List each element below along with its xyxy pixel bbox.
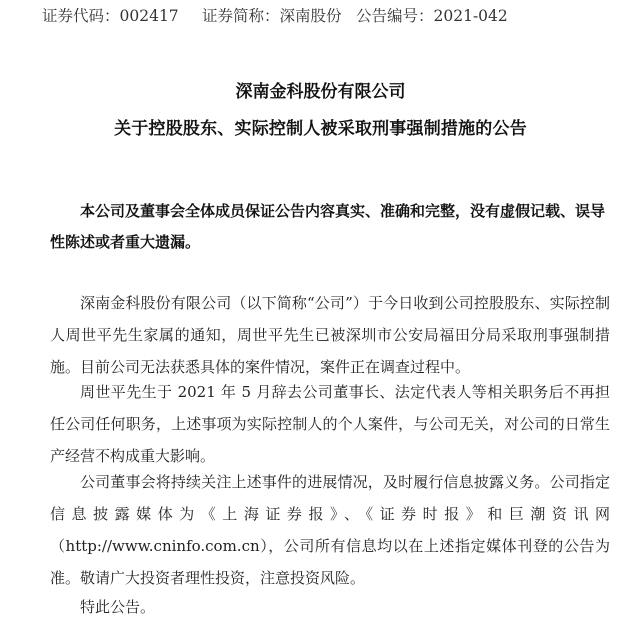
company-name: 深南金科股份有限公司 — [0, 77, 641, 102]
body-paragraph-3: 公司董事会将持续关注上述事件的进展情况，及时履行信息披露义务。公司指定信息披露媒… — [50, 466, 610, 594]
body-paragraph-1: 深南金科股份有限公司（以下简称“公司”）于今日收到公司控股股东、实际控制人周世平… — [50, 287, 610, 383]
announcement-number: 公告编号：2021-042 — [356, 4, 508, 26]
stock-short-name: 证券简称：深南股份 — [202, 4, 342, 26]
stock-code: 证券代码：002417 — [42, 4, 179, 26]
body-paragraph-2: 周世平先生于 2021 年 5 月辞去公司董事长、法定代表人等相关职务后不再担任… — [50, 376, 610, 472]
document-header: 证券代码：002417 证券简称：深南股份 公告编号：2021-042 — [0, 4, 641, 28]
board-guarantee-notice: 本公司及董事会全体成员保证公告内容真实、准确和完整，没有虚假记载、误导性陈述或者… — [50, 196, 610, 258]
closing-statement: 特此公告。 — [50, 591, 610, 622]
announcement-title: 关于控股股东、实际控制人被采取刑事强制措施的公告 — [0, 114, 641, 139]
